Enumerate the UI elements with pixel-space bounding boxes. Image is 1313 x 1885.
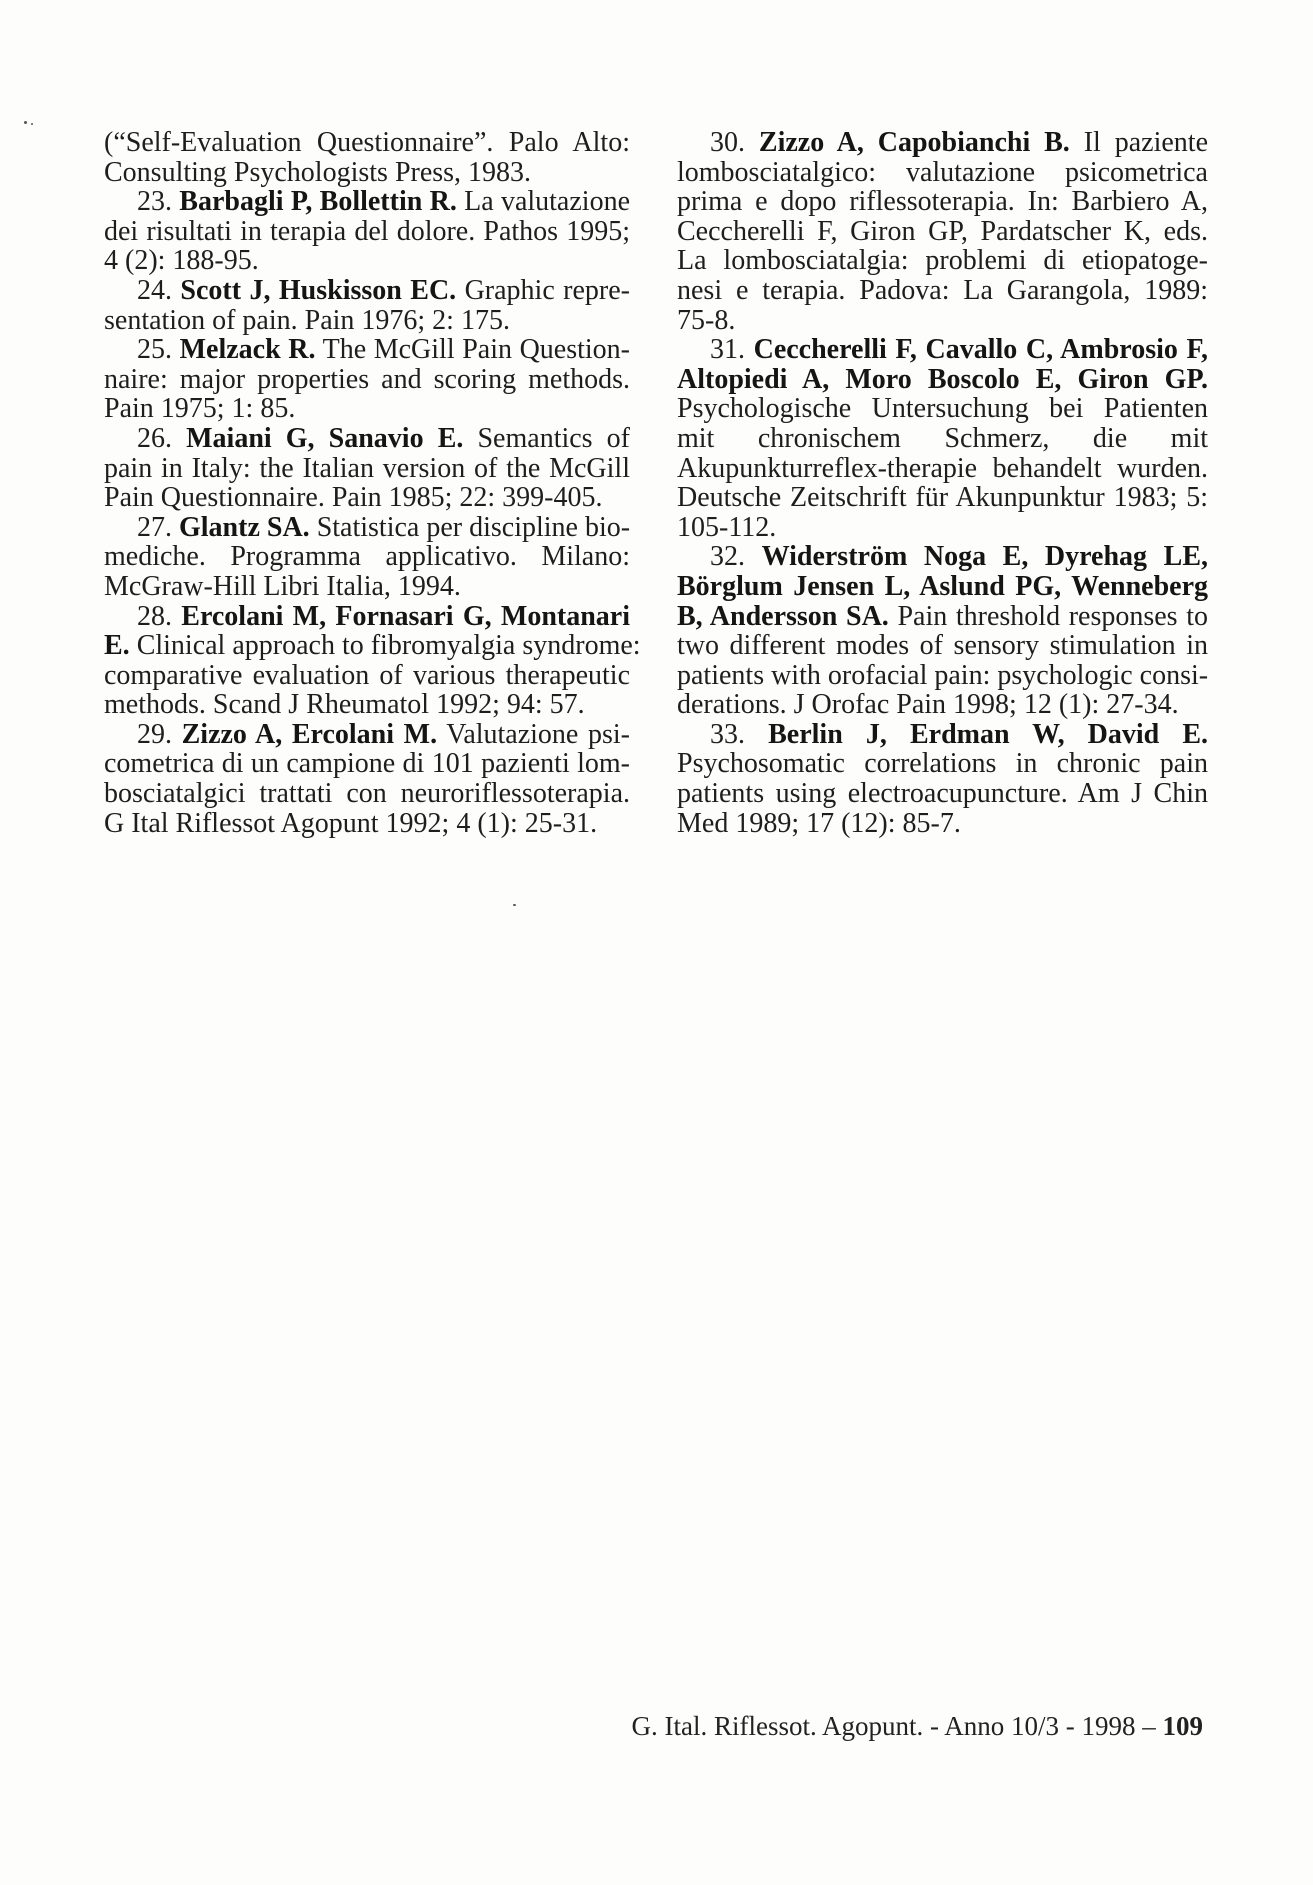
reference-text: patients with orofacial pain: psychologi… <box>677 660 1208 691</box>
reference-text: Consulting Psychologists Press, 1983. <box>104 157 531 188</box>
reference-entry: 24. Scott J, Huskisson EC. Graphic repre… <box>104 276 630 335</box>
reference-entry: 26. Maiani G, Sanavio E. Semantics ofpai… <box>104 424 630 513</box>
reference-column-right: 30. Zizzo A, Capobianchi B. Il pazientel… <box>677 128 1208 838</box>
reference-text: Psychologische Untersuchung bei Patiente… <box>677 393 1208 424</box>
reference-line: Börglum Jensen L, Aslund PG, Wenneberg <box>677 572 1208 602</box>
reference-line: prima e dopo riflessoterapia. In: Barbie… <box>677 187 1208 217</box>
reference-line: patients with orofacial pain: psychologi… <box>677 661 1208 691</box>
reference-text: Med 1989; 17 (12): 85-7. <box>677 808 961 839</box>
reference-text: Valutazione psi- <box>437 719 630 750</box>
reference-authors: B, Andersson SA. <box>677 601 889 632</box>
reference-number: 27. <box>137 512 179 543</box>
reference-number: 29. <box>137 719 182 750</box>
reference-line: sentation of pain. Pain 1976; 2: 175. <box>104 306 630 336</box>
reference-entry: 29. Zizzo A, Ercolani M. Valutazione psi… <box>104 720 630 838</box>
reference-text: Pain Questionnaire. Pain 1985; 22: 399-4… <box>104 482 603 513</box>
reference-number: 26. <box>137 423 186 454</box>
reference-text: derations. J Orofac Pain 1998; 12 (1): 2… <box>677 689 1179 720</box>
reference-line: 105-112. <box>677 513 1208 543</box>
reference-text: comparative evaluation of various therap… <box>104 660 630 691</box>
reference-text: naire: major properties and scoring meth… <box>104 364 630 395</box>
reference-authors: Börglum Jensen L, Aslund PG, Wenneberg <box>677 571 1208 602</box>
reference-text: prima e dopo riflessoterapia. In: Barbie… <box>677 186 1208 217</box>
reference-line: patients using electroacupuncture. Am J … <box>677 779 1208 809</box>
reference-line: Psychologische Untersuchung bei Patiente… <box>677 394 1208 424</box>
reference-line: pain in Italy: the Italian version of th… <box>104 454 630 484</box>
reference-line: two different modes of sensory stimulati… <box>677 631 1208 661</box>
reference-line: Altopiedi A, Moro Boscolo E, Giron GP. <box>677 365 1208 395</box>
reference-text: bosciatalgici trattati con neuroriflesso… <box>104 778 630 809</box>
reference-authors: Ceccherelli F, Cavallo C, Ambrosio F, <box>754 334 1208 365</box>
reference-authors: Altopiedi A, Moro Boscolo E, Giron GP. <box>677 364 1208 395</box>
reference-line: 32. Widerström Noga E, Dyrehag LE, <box>677 542 1208 572</box>
reference-line: 29. Zizzo A, Ercolani M. Valutazione psi… <box>104 720 630 750</box>
reference-line: (“Self-Evaluation Questionnaire”. Palo A… <box>104 128 630 158</box>
reference-line: lombosciatalgico: valutazione psicometri… <box>677 158 1208 188</box>
reference-line: Med 1989; 17 (12): 85-7. <box>677 809 1208 839</box>
scan-speck <box>24 121 27 124</box>
reference-text: La valutazione <box>457 186 630 217</box>
reference-text: methods. Scand J Rheumatol 1992; 94: 57. <box>104 689 585 720</box>
reference-line: Deutsche Zeitschrift für Akunpunktur 198… <box>677 483 1208 513</box>
reference-number: 24. <box>137 275 180 306</box>
reference-authors: Maiani G, Sanavio E. <box>186 423 463 454</box>
reference-entry: 28. Ercolani M, Fornasari G, MontanariE.… <box>104 602 630 720</box>
reference-line: McGraw-Hill Libri Italia, 1994. <box>104 572 630 602</box>
reference-continuation: (“Self-Evaluation Questionnaire”. Palo A… <box>104 128 630 187</box>
reference-line: 33. Berlin J, Erdman W, David E. <box>677 720 1208 750</box>
reference-text: two different modes of sensory stimulati… <box>677 630 1208 661</box>
reference-line: 24. Scott J, Huskisson EC. Graphic repre… <box>104 276 630 306</box>
reference-line: Consulting Psychologists Press, 1983. <box>104 158 630 188</box>
reference-text: Clinical approach to fibromyalgia syndro… <box>130 630 641 661</box>
reference-text: Statistica per discipline bio- <box>310 512 630 543</box>
reference-line: 28. Ercolani M, Fornasari G, Montanari <box>104 602 630 632</box>
reference-entry: 23. Barbagli P, Bollettin R. La valutazi… <box>104 187 630 276</box>
reference-text: mit chronischem Schmerz, die mit <box>677 423 1208 454</box>
reference-line: Psychosomatic correlations in chronic pa… <box>677 749 1208 779</box>
page-number: 109 <box>1163 1711 1204 1741</box>
reference-number: 25. <box>137 334 180 365</box>
reference-line: B, Andersson SA. Pain threshold response… <box>677 602 1208 632</box>
reference-authors: Berlin J, Erdman W, David E. <box>768 719 1208 750</box>
reference-authors: Glantz SA. <box>179 512 310 543</box>
reference-entry: 25. Melzack R. The McGill Pain Question-… <box>104 335 630 424</box>
reference-text: 75-8. <box>677 305 735 336</box>
reference-entry: 27. Glantz SA. Statistica per discipline… <box>104 513 630 602</box>
reference-authors: Scott J, Huskisson EC. <box>180 275 456 306</box>
reference-line: 30. Zizzo A, Capobianchi B. Il paziente <box>677 128 1208 158</box>
reference-line: Ceccherelli F, Giron GP, Pardatscher K, … <box>677 217 1208 247</box>
reference-number: 28. <box>137 601 181 632</box>
reference-entry: 31. Ceccherelli F, Cavallo C, Ambrosio F… <box>677 335 1208 542</box>
reference-text: 105-112. <box>677 512 776 543</box>
reference-line: 4 (2): 188-95. <box>104 246 630 276</box>
scan-speck <box>513 904 516 906</box>
reference-text: (“Self-Evaluation Questionnaire”. Palo A… <box>104 127 630 158</box>
reference-text: dei risultati in terapia del dolore. Pat… <box>104 216 630 247</box>
reference-line: E. Clinical approach to fibromyalgia syn… <box>104 631 630 661</box>
reference-line: dei risultati in terapia del dolore. Pat… <box>104 217 630 247</box>
scan-speck <box>31 123 33 125</box>
reference-entry: 33. Berlin J, Erdman W, David E.Psychoso… <box>677 720 1208 838</box>
reference-authors: Melzack R. <box>180 334 316 365</box>
reference-text: Pain 1975; 1: 85. <box>104 393 295 424</box>
reference-number: 30. <box>710 127 759 158</box>
reference-number: 23. <box>137 186 179 217</box>
reference-line: cometrica di un campione di 101 pazienti… <box>104 749 630 779</box>
reference-line: G Ital Riflessot Agopunt 1992; 4 (1): 25… <box>104 809 630 839</box>
reference-text: McGraw-Hill Libri Italia, 1994. <box>104 571 461 602</box>
reference-text: Psychosomatic correlations in chronic pa… <box>677 748 1208 779</box>
reference-line: 75-8. <box>677 306 1208 336</box>
reference-line: 23. Barbagli P, Bollettin R. La valutazi… <box>104 187 630 217</box>
reference-line: La lombosciatalgia: problemi di etiopato… <box>677 246 1208 276</box>
reference-text: nesi e terapia. Padova: La Garangola, 19… <box>677 275 1208 306</box>
reference-text: Il paziente <box>1070 127 1208 158</box>
reference-text: lombosciatalgico: valutazione psicometri… <box>677 157 1208 188</box>
reference-number: 32. <box>710 541 762 572</box>
reference-text: cometrica di un campione di 101 pazienti… <box>104 748 630 779</box>
reference-text: The McGill Pain Question- <box>316 334 631 365</box>
reference-entry: 32. Widerström Noga E, Dyrehag LE,Börglu… <box>677 542 1208 720</box>
reference-number: 31. <box>710 334 754 365</box>
reference-column-left: (“Self-Evaluation Questionnaire”. Palo A… <box>104 128 630 838</box>
reference-authors: Barbagli P, Bollettin R. <box>179 186 457 217</box>
reference-authors: Ercolani M, Fornasari G, Montanari <box>181 601 630 632</box>
reference-line: derations. J Orofac Pain 1998; 12 (1): 2… <box>677 690 1208 720</box>
reference-line: bosciatalgici trattati con neuroriflesso… <box>104 779 630 809</box>
reference-authors: Widerström Noga E, Dyrehag LE, <box>762 541 1208 572</box>
reference-text: mediche. Programma applicativo. Milano: <box>104 541 630 572</box>
reference-text: 4 (2): 188-95. <box>104 245 259 276</box>
reference-line: Pain 1975; 1: 85. <box>104 394 630 424</box>
reference-line: 25. Melzack R. The McGill Pain Question- <box>104 335 630 365</box>
reference-line: naire: major properties and scoring meth… <box>104 365 630 395</box>
reference-text: Akupunkturreflex-therapie behandelt wurd… <box>677 453 1208 484</box>
page-footer: G. Ital. Riflessot. Agopunt. - Anno 10/3… <box>632 1712 1203 1742</box>
reference-text: patients using electroacupuncture. Am J … <box>677 778 1208 809</box>
journal-citation: G. Ital. Riflessot. Agopunt. - Anno 10/3… <box>632 1711 1163 1741</box>
reference-text: pain in Italy: the Italian version of th… <box>104 453 630 484</box>
reference-line: Pain Questionnaire. Pain 1985; 22: 399-4… <box>104 483 630 513</box>
reference-text: Semantics of <box>463 423 630 454</box>
reference-line: 31. Ceccherelli F, Cavallo C, Ambrosio F… <box>677 335 1208 365</box>
reference-line: mediche. Programma applicativo. Milano: <box>104 542 630 572</box>
reference-line: Akupunkturreflex-therapie behandelt wurd… <box>677 454 1208 484</box>
reference-text: La lombosciatalgia: problemi di etiopato… <box>677 245 1208 276</box>
reference-number: 33. <box>710 719 768 750</box>
reference-line: 27. Glantz SA. Statistica per discipline… <box>104 513 630 543</box>
reference-line: 26. Maiani G, Sanavio E. Semantics of <box>104 424 630 454</box>
reference-line: comparative evaluation of various therap… <box>104 661 630 691</box>
reference-line: mit chronischem Schmerz, die mit <box>677 424 1208 454</box>
reference-text: Ceccherelli F, Giron GP, Pardatscher K, … <box>677 216 1208 247</box>
reference-authors: Zizzo A, Capobianchi B. <box>759 127 1070 158</box>
reference-entry: 30. Zizzo A, Capobianchi B. Il pazientel… <box>677 128 1208 335</box>
reference-authors: E. <box>104 630 130 661</box>
reference-line: methods. Scand J Rheumatol 1992; 94: 57. <box>104 690 630 720</box>
reference-text: Deutsche Zeitschrift für Akunpunktur 198… <box>677 482 1208 513</box>
reference-line: nesi e terapia. Padova: La Garangola, 19… <box>677 276 1208 306</box>
reference-authors: Zizzo A, Ercolani M. <box>182 719 437 750</box>
reference-text: G Ital Riflessot Agopunt 1992; 4 (1): 25… <box>104 808 597 839</box>
reference-text: Pain threshold responses to <box>889 601 1208 632</box>
reference-text: Graphic repre- <box>456 275 630 306</box>
reference-text: sentation of pain. Pain 1976; 2: 175. <box>104 305 510 336</box>
